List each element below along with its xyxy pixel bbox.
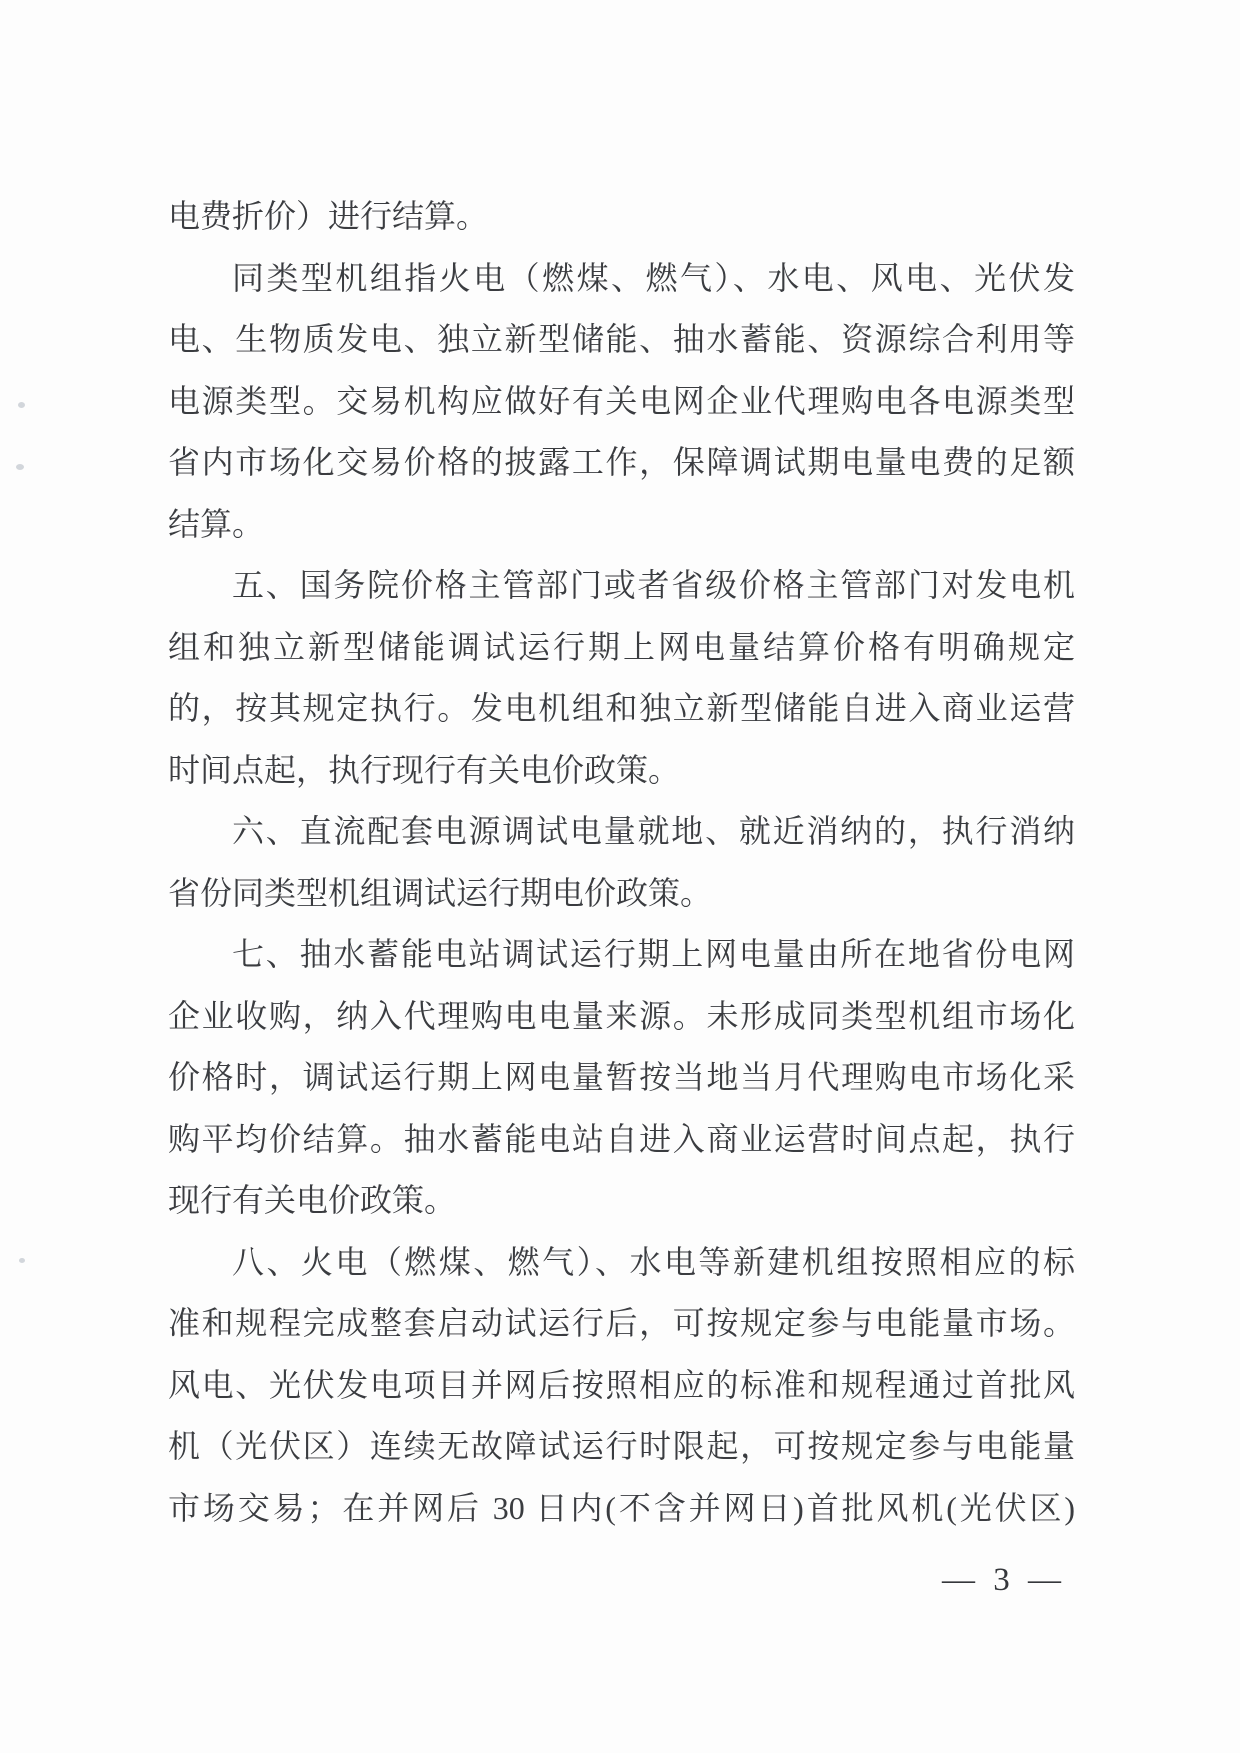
text-line: 结算。 bbox=[168, 494, 1075, 556]
text-line: 购平均价结算。抽水蓄能电站自进入商业运营时间点起，执行 bbox=[168, 1109, 1075, 1171]
page-footer: — 3 — bbox=[942, 1558, 1066, 1602]
text-line: 准和规程完成整套启动试运行后，可按规定参与电能量市场。 bbox=[168, 1293, 1075, 1355]
scan-artifact bbox=[16, 464, 24, 470]
text-line: 八、火电（燃煤、燃气）、水电等新建机组按照相应的标 bbox=[168, 1232, 1075, 1294]
text-line: 机（光伏区）连续无故障试运行时限起，可按规定参与电能量 bbox=[168, 1416, 1075, 1478]
text-line: 组和独立新型储能调试运行期上网电量结算价格有明确规定 bbox=[168, 617, 1075, 679]
text-line: 省内市场化交易价格的披露工作，保障调试期电量电费的足额 bbox=[168, 432, 1075, 494]
text-line: 企业收购，纳入代理购电电量来源。未形成同类型机组市场化 bbox=[168, 986, 1075, 1048]
text-line: 的，按其规定执行。发电机组和独立新型储能自进入商业运营 bbox=[168, 678, 1075, 740]
text-line: 电源类型。交易机构应做好有关电网企业代理购电各电源类型 bbox=[168, 371, 1075, 433]
text-line: 市场交易；在并网后 30 日内(不含并网日)首批风机(光伏区) bbox=[168, 1478, 1075, 1540]
scan-artifact bbox=[19, 1258, 25, 1263]
text-line: 时间点起，执行现行有关电价政策。 bbox=[168, 740, 1075, 802]
page-number: — 3 — bbox=[942, 1562, 1066, 1598]
text-line: 价格时，调试运行期上网电量暂按当地当月代理购电市场化采 bbox=[168, 1047, 1075, 1109]
text-line: 现行有关电价政策。 bbox=[168, 1170, 1075, 1232]
text-line: 电费折价）进行结算。 bbox=[168, 186, 1075, 248]
text-line: 六、直流配套电源调试电量就地、就近消纳的，执行消纳 bbox=[168, 801, 1075, 863]
text-line: 五、国务院价格主管部门或者省级价格主管部门对发电机 bbox=[168, 555, 1075, 617]
text-line: 电、生物质发电、独立新型储能、抽水蓄能、资源综合利用等 bbox=[168, 309, 1075, 371]
scan-artifact bbox=[18, 402, 25, 408]
text-line: 七、抽水蓄能电站调试运行期上网电量由所在地省份电网 bbox=[168, 924, 1075, 986]
scanned-document-page: 电费折价）进行结算。 同类型机组指火电（燃煤、燃气）、水电、风电、光伏发 电、生… bbox=[0, 0, 1240, 1753]
text-line: 同类型机组指火电（燃煤、燃气）、水电、风电、光伏发 bbox=[168, 248, 1075, 310]
document-body: 电费折价）进行结算。 同类型机组指火电（燃煤、燃气）、水电、风电、光伏发 电、生… bbox=[168, 186, 1075, 1539]
text-line: 风电、光伏发电项目并网后按照相应的标准和规程通过首批风 bbox=[168, 1355, 1075, 1417]
text-line: 省份同类型机组调试运行期电价政策。 bbox=[168, 863, 1075, 925]
